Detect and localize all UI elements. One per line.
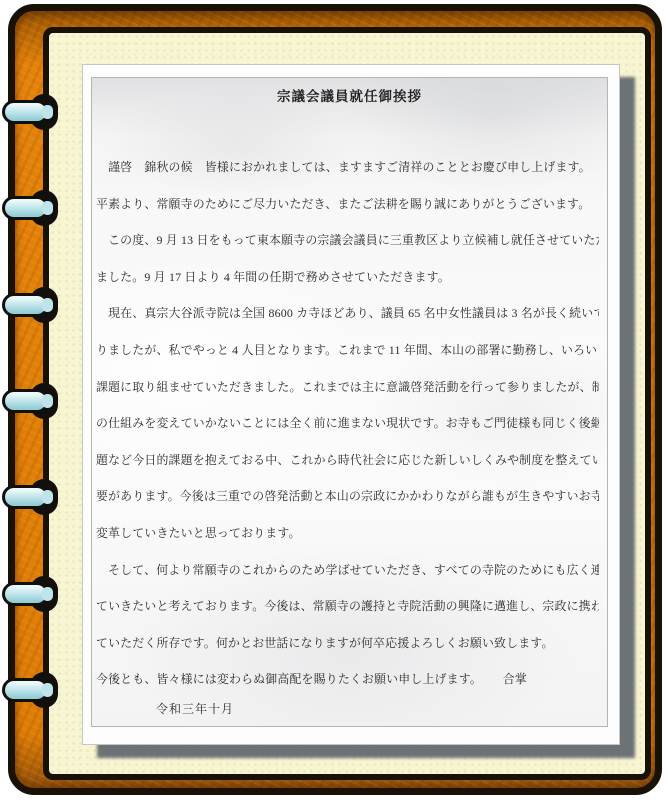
binder-ring-icon <box>2 383 58 419</box>
binder-ring-icon <box>2 479 58 515</box>
letter-line: ていただく所存です。何かとお世話になりますが何卒応援よろしくお願い致します。 <box>96 634 599 671</box>
binder-ring-icon <box>2 576 58 612</box>
binder-ring-icon <box>2 190 58 226</box>
letter-line: ていきたいと考えております。今後は、常願寺の護持と寺院活動の興隆に邁進し、宗政に… <box>96 597 599 634</box>
letter-line: 要があります。今後は三重での啓発活動と本山の宗政にかかわりながら誰もが生きやすい… <box>96 487 599 524</box>
letter-line: ました。9 月 17 日より 4 年間の任期で務めさせていただきます。 <box>96 268 599 305</box>
letter-line: りましたが、私でやっと 4 人目となります。これまで 11 年間、本山の部署に勤… <box>96 341 599 378</box>
letter-line: の仕組みを変えていかないことには全く前に進まない現状です。お寺もご門徒様も同じく… <box>96 414 599 451</box>
letter-line: 変革していきたいと思っております。 <box>96 524 599 561</box>
letter-line: そして、何より常願寺のこれからのため学ばせていただき、すべての寺院のためにも広く… <box>96 561 599 598</box>
letter-line: 課題に取り組ませていただきました。これまでは主に意識啓発活動を行って参りましたが… <box>96 378 599 415</box>
letter-date: 令和三年十月 <box>156 700 234 717</box>
letter-line: 現在、真宗大谷派寺院は全国 8600 カ寺ほどあり、議員 65 名中女性議員は … <box>96 304 599 341</box>
binder-ring-icon <box>2 94 58 130</box>
letter-line: この度、9 月 13 日をもって東本願寺の宗議会議員に三重教区より立候補し就任さ… <box>96 231 599 268</box>
letter-title: 宗議会議員就任御挨拶 <box>92 85 607 105</box>
binder-ring-icon <box>2 672 58 708</box>
letter-closing: 合掌 <box>503 670 527 707</box>
binder-ring-icon <box>2 287 58 323</box>
letter-body: 謹啓 錦秋の候 皆様におかれましては、ますますご清祥のこととお慶び申し上げます。… <box>96 158 599 707</box>
letter-page: 宗議会議員就任御挨拶 謹啓 錦秋の候 皆様におかれましては、ますますご清祥のこと… <box>82 64 620 745</box>
scanned-letter: 宗議会議員就任御挨拶 謹啓 錦秋の候 皆様におかれましては、ますますご清祥のこと… <box>91 77 608 727</box>
letter-line: 題など今日的課題を抱えておる中、これから時代社会に応じた新しいしくみや制度を整え… <box>96 451 599 488</box>
letter-line: 平素より、常願寺のためにご尽力いただき、またご法耕を賜り誠にありがとうございます… <box>96 195 599 232</box>
letter-line: 謹啓 錦秋の候 皆様におかれましては、ますますご清祥のこととお慶び申し上げます。 <box>96 158 599 195</box>
